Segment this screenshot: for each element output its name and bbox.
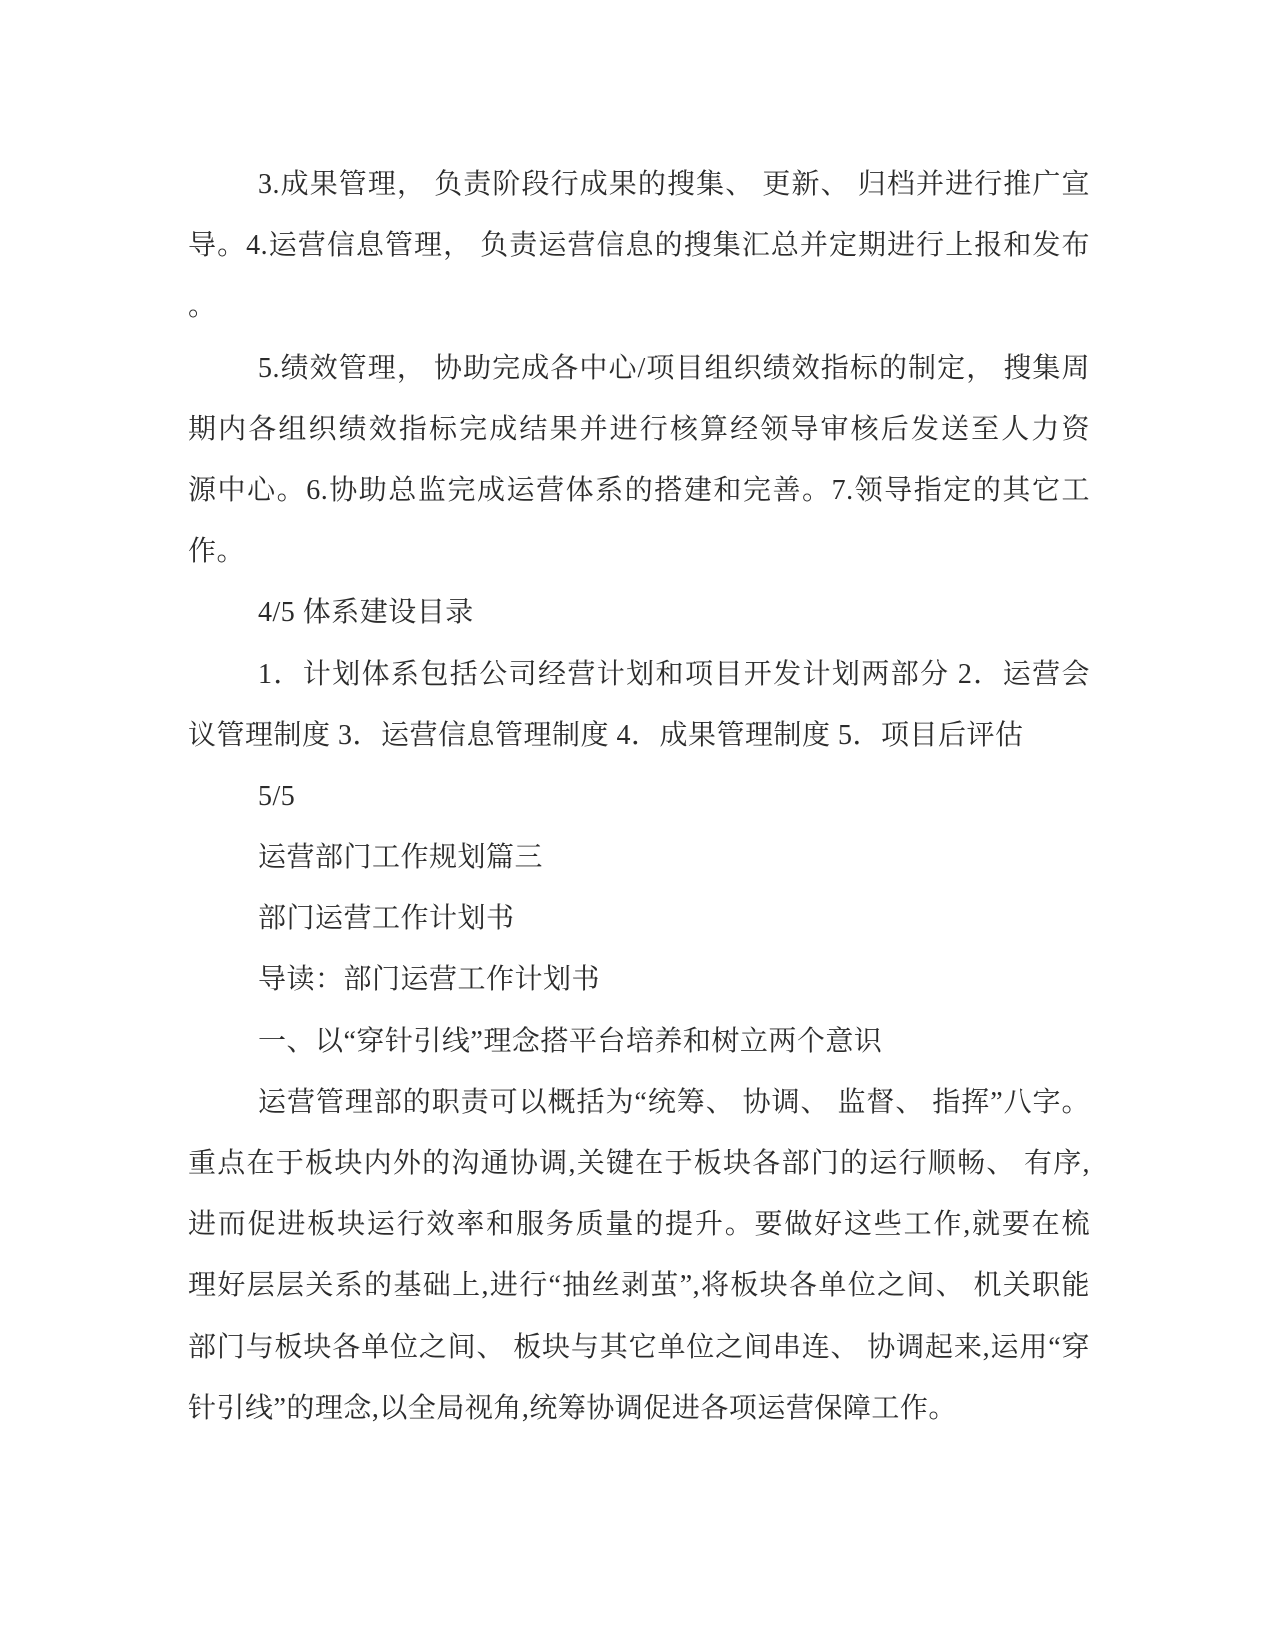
text-line-6: 源中心。6.协助总监完成运营体系的搭建和完善。7.领导指定的其它工: [188, 460, 1090, 521]
text-line-1: 3.成果管理， 负责阶段行成果的搜集、 更新、 归档并进行推广宣: [188, 154, 1090, 215]
text-line-10: 议管理制度 3．运营信息管理制度 4．成果管理制度 5．项目后评估: [188, 705, 1090, 766]
text-line-17: 重点在于板块内外的沟通协调,关键在于板块各部门的运行顺畅、 有序,: [188, 1133, 1090, 1194]
text-line-15: 一、以“穿针引线”理念搭平台培养和树立两个意识: [188, 1011, 1090, 1072]
text-line-4: 5.绩效管理， 协助完成各中心/项目组织绩效指标的制定， 搜集周: [188, 338, 1090, 399]
text-line-19: 理好层层关系的基础上,进行“抽丝剥茧”,将板块各单位之间、 机关职能: [188, 1255, 1090, 1316]
text-line-9: 1．计划体系包括公司经营计划和项目开发计划两部分 2．运营会: [188, 644, 1090, 705]
text-line-5: 期内各组织绩效指标完成结果并进行核算经领导审核后发送至人力资: [188, 399, 1090, 460]
text-line-14: 导读：部门运营工作计划书: [188, 949, 1090, 1010]
text-line-13: 部门运营工作计划书: [188, 888, 1090, 949]
document-page: 3.成果管理， 负责阶段行成果的搜集、 更新、 归档并进行推广宣导。4.运营信息…: [0, 0, 1275, 1650]
text-line-18: 进而促进板块运行效率和服务质量的提升。要做好这些工作,就要在梳: [188, 1194, 1090, 1255]
text-line-20: 部门与板块各单位之间、 板块与其它单位之间串连、 协调起来,运用“穿: [188, 1317, 1090, 1378]
text-line-7: 作。: [188, 521, 1090, 582]
text-line-8: 4/5 体系建设目录: [188, 582, 1090, 643]
text-line-16: 运营管理部的职责可以概括为“统筹、 协调、 监督、 指挥”八字。: [188, 1072, 1090, 1133]
text-line-12: 运营部门工作规划篇三: [188, 827, 1090, 888]
text-line-2: 导。4.运营信息管理， 负责运营信息的搜集汇总并定期进行上报和发布: [188, 215, 1090, 276]
text-line-3: 。: [188, 276, 1090, 337]
document-text: 3.成果管理， 负责阶段行成果的搜集、 更新、 归档并进行推广宣导。4.运营信息…: [188, 154, 1090, 1439]
text-line-21: 针引线”的理念,以全局视角,统筹协调促进各项运营保障工作。: [188, 1378, 1090, 1439]
text-line-11: 5/5: [188, 766, 1090, 827]
